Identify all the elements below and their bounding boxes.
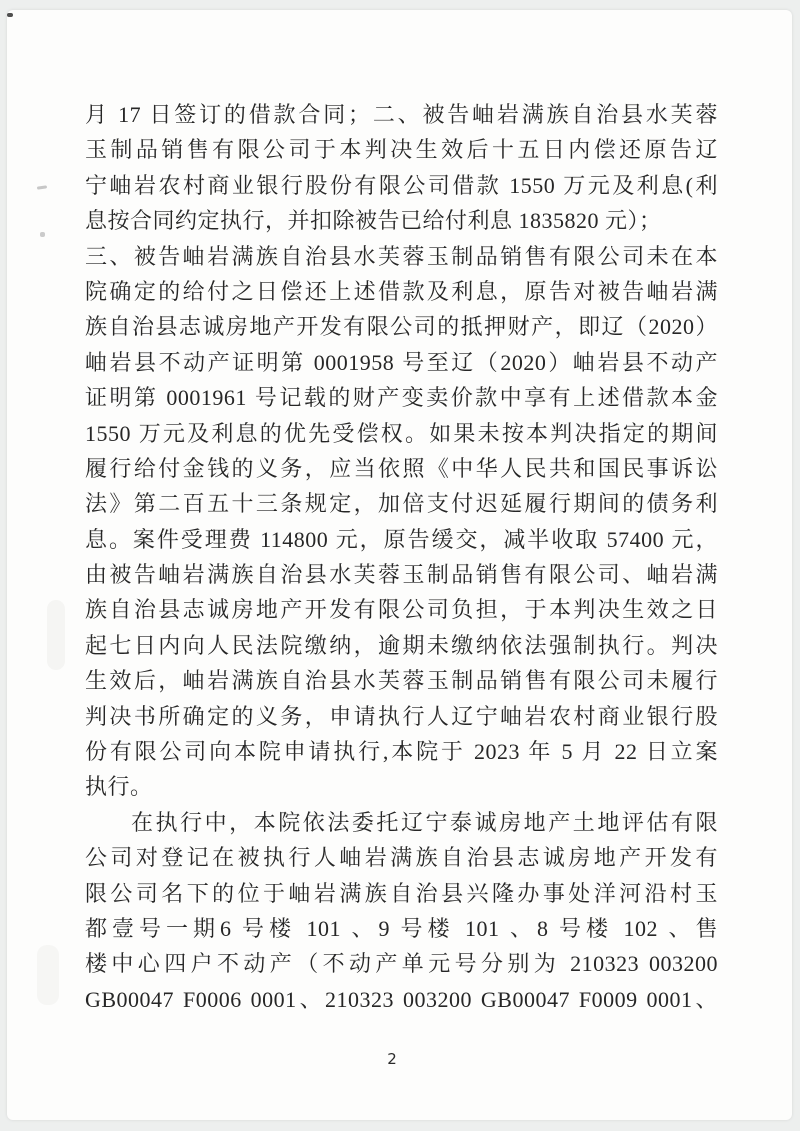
text-line: 在执行中，本院依法委托辽宁泰诚房地产土地评估有限 [85, 805, 718, 840]
text-line: 起七日内向人民法院缴纳，逾期未缴纳依法强制执行。判决 [85, 628, 718, 663]
scan-speck-margin [37, 185, 47, 189]
text-line: 玉制品销售有限公司于本判决生效后十五日内偿还原告辽 [85, 132, 718, 167]
judgment-text-block: 月 17 日签订的借款合同；二、被告岫岩满族自治县水芙蓉玉制品销售有限公司于本判… [85, 97, 718, 1017]
scan-background: { "document": { "page_number": "2", "lin… [0, 0, 800, 1131]
text-line: 息。案件受理费 114800 元，原告缓交，减半收取 57400 元， [85, 522, 718, 557]
text-line: 公司对登记在被执行人岫岩满族自治县志诚房地产开发有 [85, 840, 718, 875]
document-page: 月 17 日签订的借款合同；二、被告岫岩满族自治县水芙蓉玉制品销售有限公司于本判… [7, 10, 792, 1120]
text-line: 岫岩县不动产证明第 0001958 号至辽（2020）岫岩县不动产 [85, 345, 718, 380]
text-line: 都壹号一期6 号楼 101 、9 号楼 101 、8 号楼 102 、售 [85, 911, 718, 946]
text-line: 宁岫岩农村商业银行股份有限公司借款 1550 万元及利息(利 [85, 168, 718, 203]
text-line: 判决书所确定的义务，申请执行人辽宁岫岩农村商业银行股 [85, 699, 718, 734]
scan-speck-margin [40, 232, 45, 237]
text-line: 限公司名下的位于岫岩满族自治县兴隆办事处洋河沿村玉 [85, 876, 718, 911]
text-line: 月 17 日签订的借款合同；二、被告岫岩满族自治县水芙蓉 [85, 97, 718, 132]
text-line: 息按合同约定执行，并扣除被告已给付利息 1835820 元）； [85, 203, 718, 238]
text-line: 1550 万元及利息的优先受偿权。如果未按本判决指定的期间 [85, 416, 718, 451]
text-line: 三、被告岫岩满族自治县水芙蓉玉制品销售有限公司未在本 [85, 239, 718, 274]
page-number: 2 [7, 1050, 777, 1068]
text-line: GB00047 F0006 0001、210323 003200 GB00047… [85, 982, 718, 1017]
text-line: 履行给付金钱的义务，应当依照《中华人民共和国民事诉讼 [85, 451, 718, 486]
text-line: 证明第 0001961 号记载的财产变卖价款中享有上述借款本金 [85, 380, 718, 415]
text-line: 生效后，岫岩满族自治县水芙蓉玉制品销售有限公司未履行 [85, 663, 718, 698]
text-line: 份有限公司向本院申请执行,本院于 2023 年 5 月 22 日立案 [85, 734, 718, 769]
text-line: 院确定的给付之日偿还上述借款及利息，原告对被告岫岩满 [85, 274, 718, 309]
scan-speck-corner [7, 13, 13, 17]
scan-smudge [47, 600, 65, 670]
scan-smudge [37, 945, 59, 1005]
text-line: 由被告岫岩满族自治县水芙蓉玉制品销售有限公司、岫岩满 [85, 557, 718, 592]
text-line: 执行。 [85, 769, 718, 804]
text-line: 族自治县志诚房地产开发有限公司的抵押财产，即辽（2020） [85, 309, 718, 344]
text-line: 族自治县志诚房地产开发有限公司负担，于本判决生效之日 [85, 592, 718, 627]
text-line: 楼中心四户不动产（不动产单元号分别为 210323 003200 [85, 946, 718, 981]
text-line: 法》第二百五十三条规定，加倍支付迟延履行期间的债务利 [85, 486, 718, 521]
